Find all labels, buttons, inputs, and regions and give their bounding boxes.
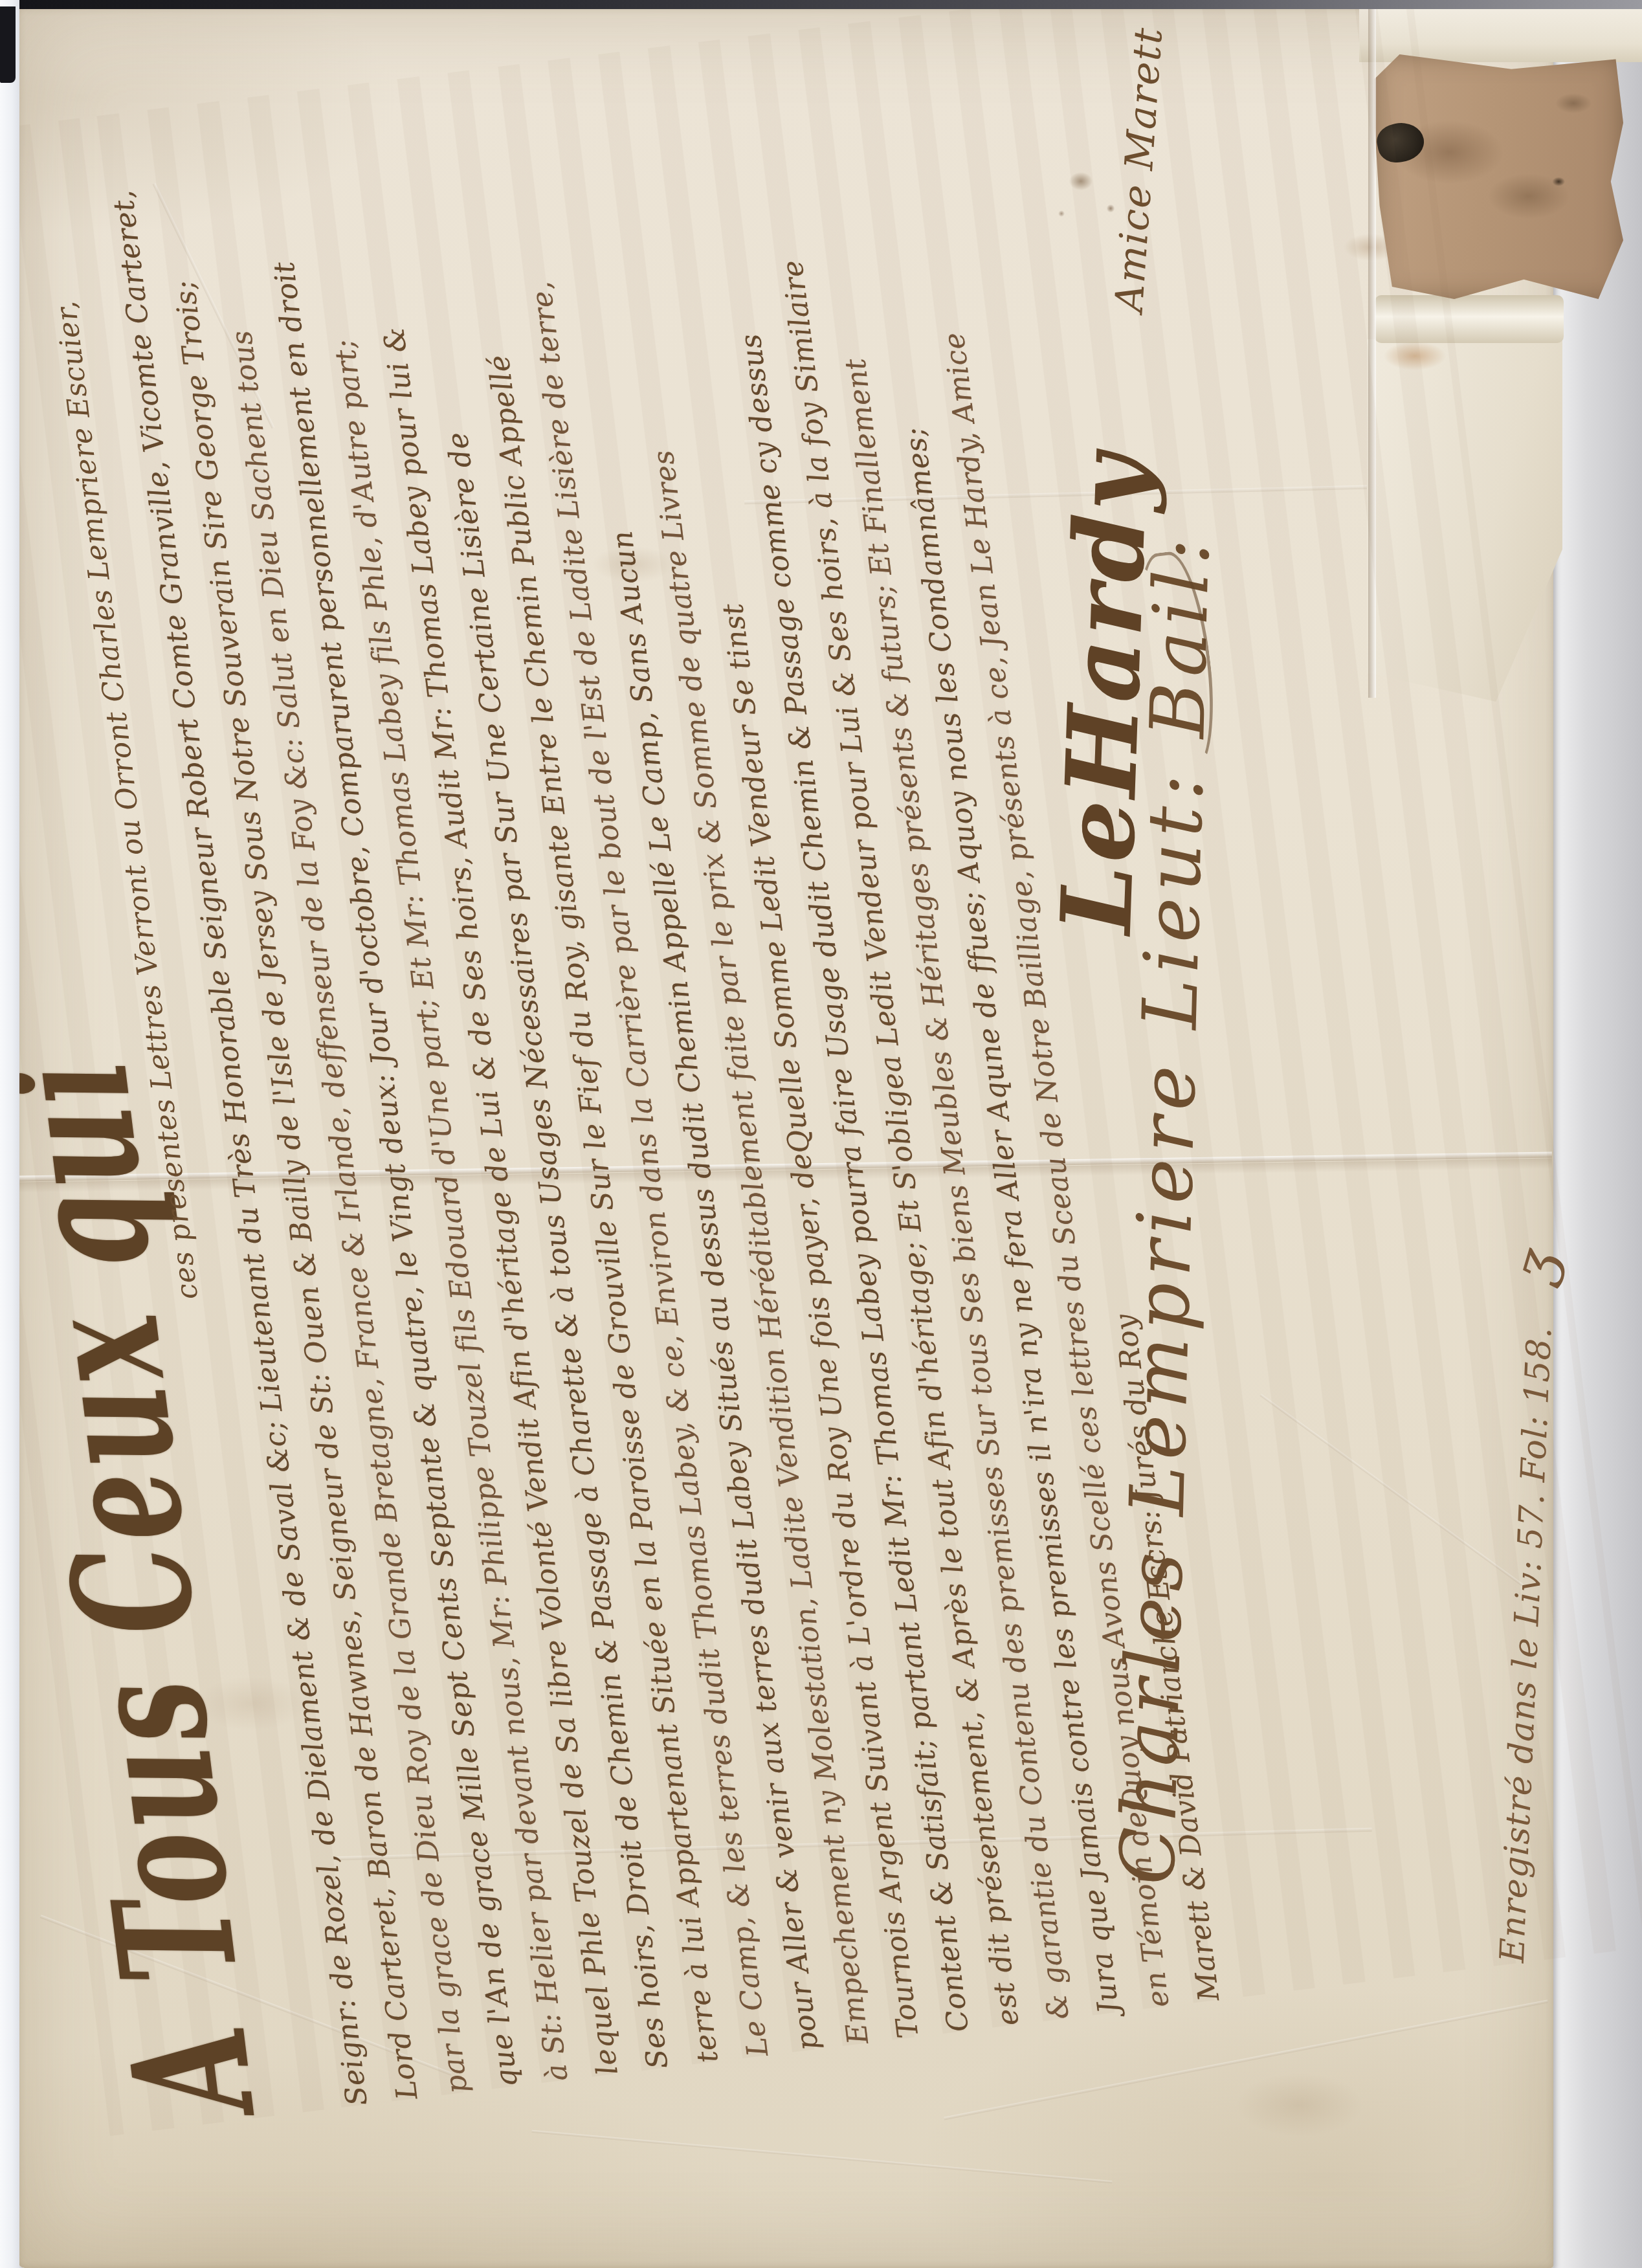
scanner-edge-left [0,0,19,2268]
signature-lehardy: LeHardy [1039,449,1170,936]
registration-text: Enregistré dans le Liv: 57. Fol: 158. [1493,1326,1560,1963]
scanner-edge-top [0,0,1642,9]
manuscript-text-rotated: A Tous Ceux qui ces presentes Lettres Ve… [0,0,1642,2136]
signature-amice-marett: Amice Marett [1107,25,1172,313]
scanned-parchment-deed: A Tous Ceux qui ces presentes Lettres Ve… [0,0,1642,2268]
paraph-flourish-icon: ʒ [1500,1240,1571,1289]
scanner-corner-shadow [0,6,16,83]
registration-note: Enregistré dans le Liv: 57. Fol: 158.ʒ [1472,1247,1568,1963]
